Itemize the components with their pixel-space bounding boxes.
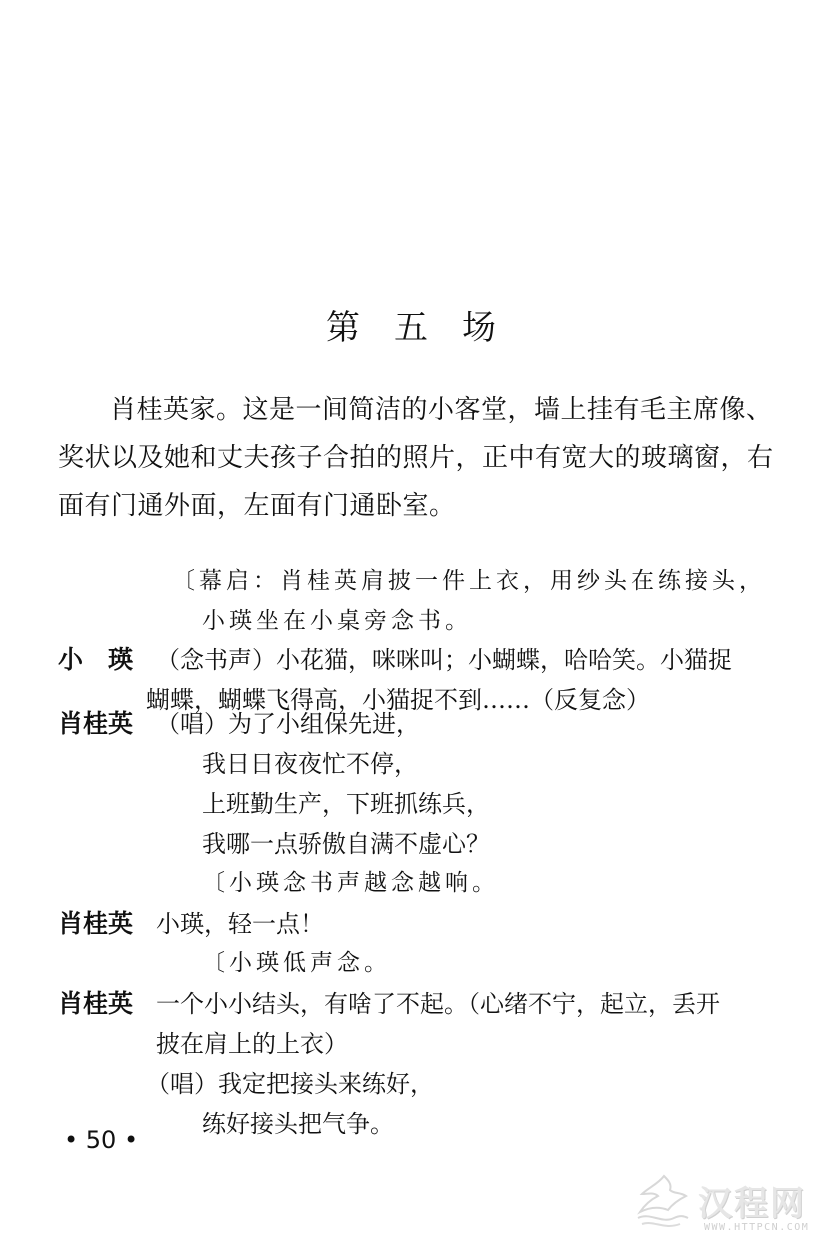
dialogue-line: 小瑛，轻一点！ (156, 904, 324, 939)
watermark: 汉程网 WWW.HTTPCN.COM (636, 1170, 822, 1250)
stage-direction-line: 〔幕启：肖桂英肩披一件上衣，用纱头在练接头， (172, 562, 766, 595)
dialogue-line: 练好接头把气争。 (202, 1104, 394, 1139)
speaker-name: 肖桂英 (58, 904, 133, 940)
stage-direction-line: 〔小瑛念书声越念越响。 (202, 864, 499, 897)
page-number: • 50 • (64, 1126, 138, 1154)
stage-direction-line: 〔小瑛低声念。 (202, 944, 391, 977)
dialogue-line: 一个小小结头，有啥了不起。（心绪不宁，起立，丢开 (156, 984, 720, 1019)
watermark-text: 汉程网 (698, 1176, 806, 1225)
dialogue-line: （唱）为了小组保先进， (156, 704, 420, 739)
setting-line: 奖状以及她和丈夫孩子合拍的照片，正中有宽大的玻璃窗，右 (58, 434, 774, 482)
dialogue-line: （念书声）小花猫，咪咪叫；小蝴蝶，哈哈笑。小猫捉 (156, 640, 732, 675)
watermark-url: WWW.HTTPCN.COM (704, 1222, 809, 1233)
setting-line: 肖桂英家。这是一间简洁的小客堂，墙上挂有毛主席像、 (110, 386, 773, 434)
dragon-logo-icon (636, 1172, 690, 1234)
scene-title: 第五场 (0, 300, 822, 349)
dialogue-line: 上班勤生产，下班抓练兵， (202, 784, 490, 819)
setting-line: 面有门通外面，左面有门通卧室。 (58, 482, 456, 530)
stage-direction-line: 小瑛坐在小桌旁念书。 (202, 602, 472, 635)
speaker-name: 肖桂英 (58, 984, 133, 1020)
speaker-name: 肖桂英 (58, 704, 133, 740)
dialogue-line: 披在肩上的上衣） (156, 1024, 348, 1059)
dialogue-line: （唱）我定把接头来练好， (146, 1064, 434, 1099)
dialogue-line: 我日日夜夜忙不停， (202, 744, 418, 779)
speaker-name: 小 瑛 (58, 640, 133, 676)
dialogue-line: 我哪一点骄傲自满不虚心？ (202, 824, 490, 859)
